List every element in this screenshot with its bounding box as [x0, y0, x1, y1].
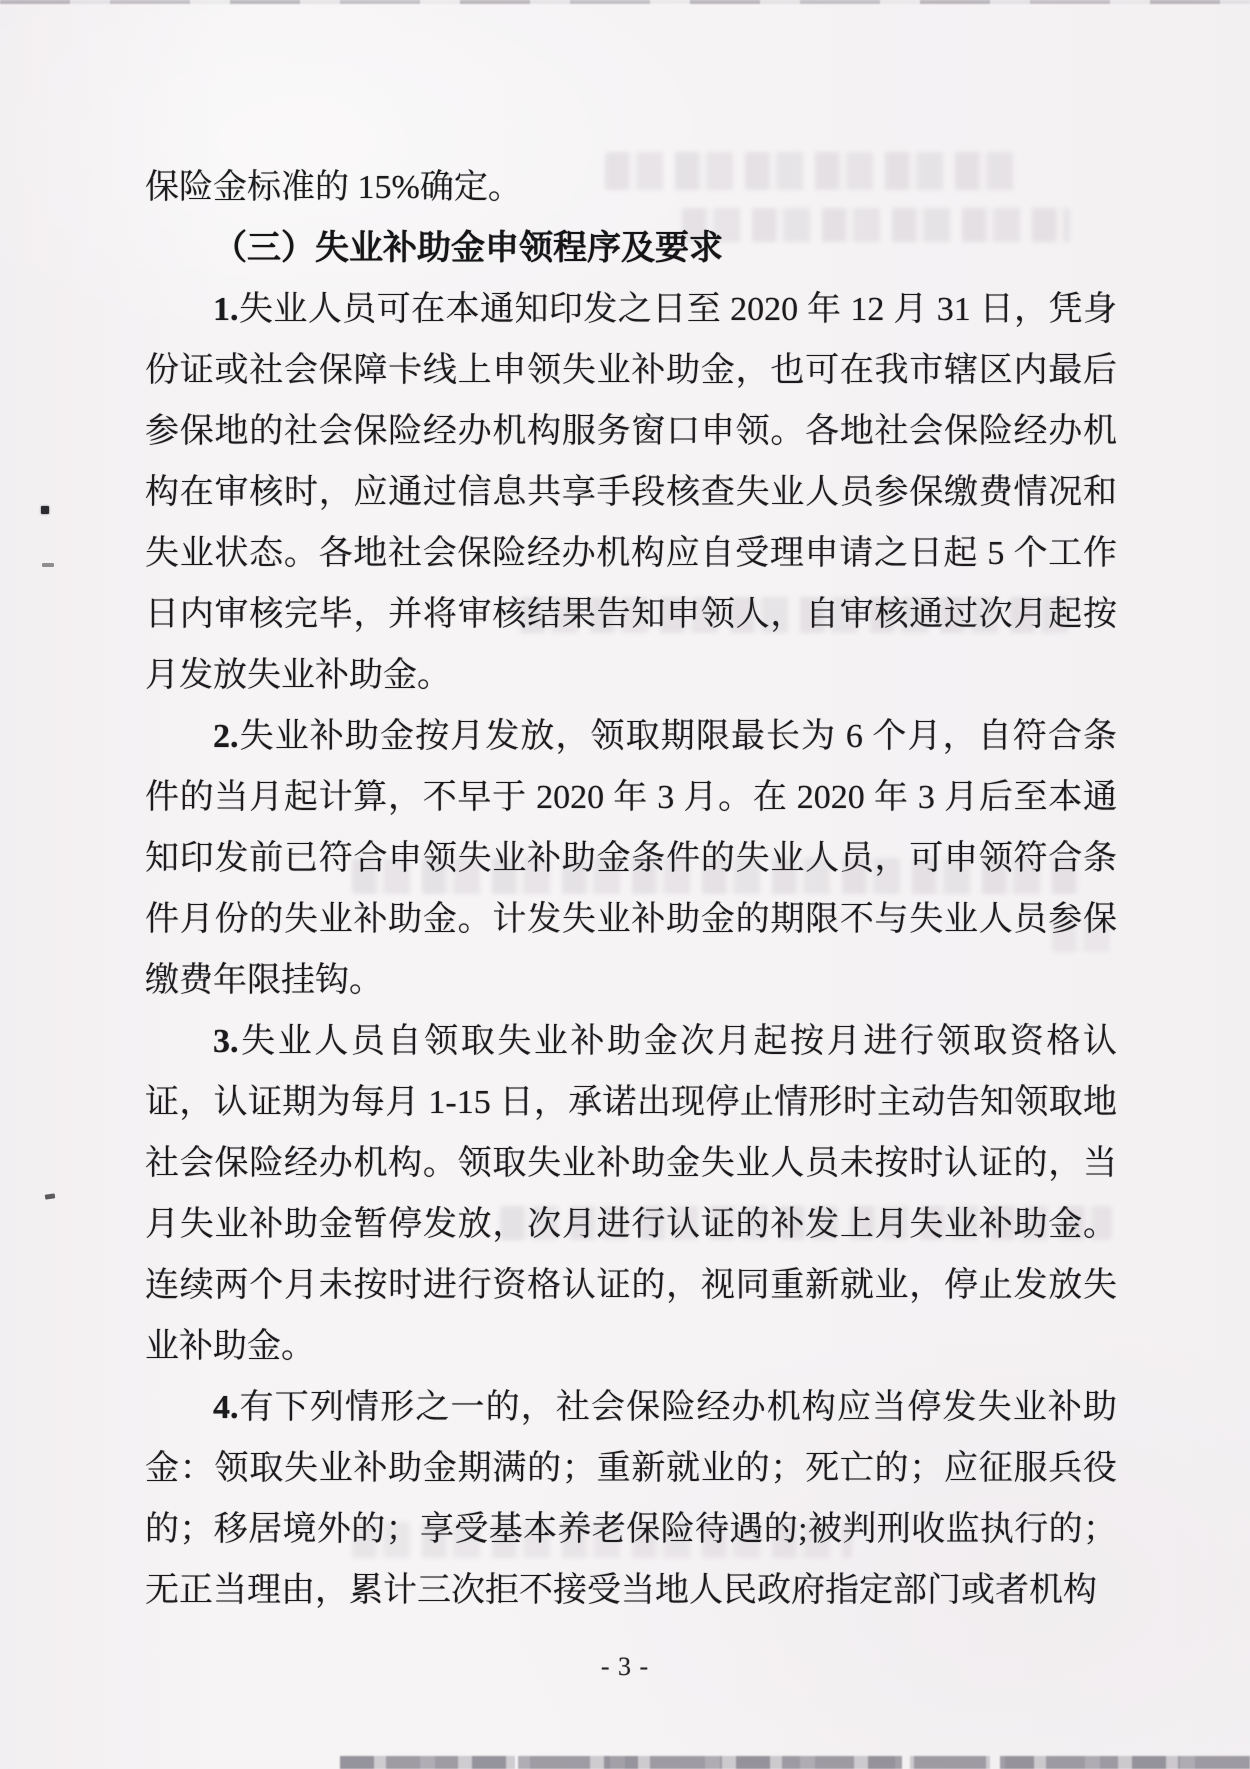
paragraph: 保险金标准的 15%确定。: [145, 157, 1117, 218]
paragraph: 4.有下列情形之一的，社会保险经办机构应当停发失业补助金：领取失业补助金期满的；…: [145, 1377, 1117, 1621]
margin-speck: [42, 563, 54, 567]
list-number: 3.: [213, 1023, 239, 1060]
document-page: 保险金标准的 15%确定。（三）失业补助金申领程序及要求1.失业人员可在本通知印…: [0, 0, 1250, 1769]
margin-speck: [45, 1193, 56, 1199]
margin-speck: [41, 506, 49, 514]
list-number: 4.: [213, 1389, 239, 1426]
paragraph: 3.失业人员自领取失业补助金次月起按月进行领取资格认证，认证期为每月 1-15 …: [145, 1011, 1117, 1377]
page-number: - 3 -: [0, 1652, 1250, 1682]
list-number: 2.: [213, 718, 239, 755]
scan-edge-top-artifact: [0, 0, 1250, 4]
scan-edge-bottom-artifact: [340, 1756, 1250, 1769]
section-heading: （三）失业补助金申领程序及要求: [145, 218, 1117, 279]
paragraph: 2.失业补助金按月发放，领取期限最长为 6 个月，自符合条件的当月起计算，不早于…: [145, 706, 1117, 1011]
list-number: 1.: [213, 291, 239, 328]
paragraph: 1.失业人员可在本通知印发之日至 2020 年 12 月 31 日，凭身份证或社…: [145, 279, 1117, 706]
document-body: 保险金标准的 15%确定。（三）失业补助金申领程序及要求1.失业人员可在本通知印…: [145, 157, 1117, 1621]
